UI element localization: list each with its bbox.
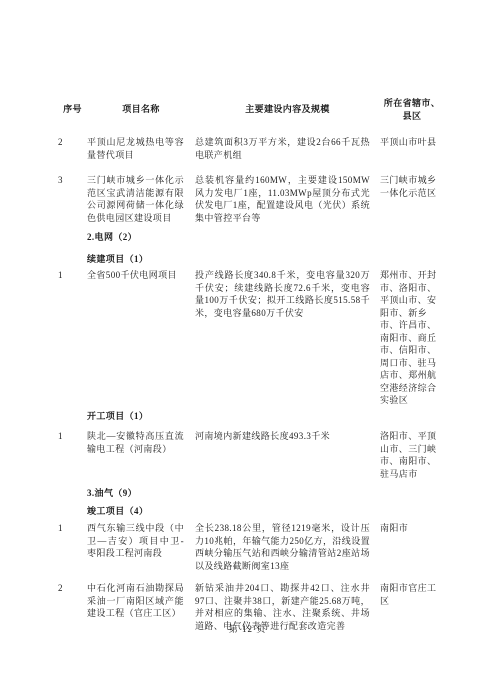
section-row-continued-projects: 续建项目（1） [58,253,446,266]
table-row: 1 西气东输三线中段（中卫—吉安）项目中卫-枣阳段工程河南段 全长238.18公… [58,522,446,572]
projects-table: 序号 项目名称 主要建设内容及规模 所在省辖市、县区 2 平顶山尼龙城热电等容量… [58,97,446,632]
table-row: 2 平顶山尼龙城热电等容量替代项目 总建筑面积3万平方米，建设2台66千瓦热电联… [58,136,446,161]
cell-serial-no: 1 [58,269,87,407]
cell-project-name: 陕北—安徽特高压直流输电工程（河南段） [87,430,195,480]
cell-serial-no: 3 [58,174,87,224]
section-row-commencing-projects: 开工项目（1） [58,410,446,423]
header-serial-no: 序号 [58,97,87,122]
page-number-footer: 第 12 页 [0,623,495,636]
table-row: 1 陕北—安徽特高压直流输电工程（河南段） 河南境内新建线路长度493.3千米 … [58,430,446,480]
cell-project-name: 三门峡市城乡一体化示范区宝武清洁能源有限公司源网荷储一体化绿色供电园区建设项目 [87,174,195,224]
table-header-row: 序号 项目名称 主要建设内容及规模 所在省辖市、县区 [58,97,446,122]
cell-location: 洛阳市、平顶山市、三门峡市、南阳市、驻马店市 [380,430,444,480]
cell-serial-no: 2 [58,136,87,161]
document-page: 序号 项目名称 主要建设内容及规模 所在省辖市、县区 2 平顶山尼龙城热电等容量… [0,0,495,699]
cell-location: 平顶山市叶县 [380,136,444,161]
cell-construction-content: 全长238.18公里，管径1219毫米，设计压力10兆帕，年输气能力250亿方，… [195,522,380,572]
cell-serial-no: 1 [58,430,87,480]
cell-location: 三门峡市城乡一体化示范区 [380,174,444,224]
section-row-oil-gas: 3.油气（9） [58,487,446,500]
header-location: 所在省辖市、县区 [380,97,444,122]
cell-location: 南阳市 [380,522,444,572]
table-row: 3 三门峡市城乡一体化示范区宝武清洁能源有限公司源网荷储一体化绿色供电园区建设项… [58,174,446,224]
table-row: 1 全省500千伏电网项目 投产线路长度340.8千米，变电容量320万千伏安；… [58,269,446,407]
header-project-name: 项目名称 [87,97,195,122]
section-row-power-grid: 2.电网（2） [58,231,446,244]
header-construction-content: 主要建设内容及规模 [195,97,380,122]
cell-project-name: 全省500千伏电网项目 [87,269,195,407]
cell-serial-no: 1 [58,522,87,572]
cell-construction-content: 河南境内新建线路长度493.3千米 [195,430,380,480]
cell-location: 郑州市、开封市、洛阳市、平顶山市、安阳市、新乡市、许昌市、南阳市、商丘市、信阳市… [380,269,444,407]
cell-construction-content: 总装机容量约160MW，主要建设150MW 风力发电厂1座，11.03MWp屋顶… [195,174,380,224]
section-row-completed-projects: 竣工项目（4） [58,505,446,518]
cell-construction-content: 总建筑面积3万平方米，建设2台66千瓦热电联产机组 [195,136,380,161]
cell-construction-content: 投产线路长度340.8千米，变电容量320万千伏安；续建线路长度72.6千米，变… [195,269,380,407]
cell-project-name: 西气东输三线中段（中卫—吉安）项目中卫-枣阳段工程河南段 [87,522,195,572]
cell-project-name: 平顶山尼龙城热电等容量替代项目 [87,136,195,161]
